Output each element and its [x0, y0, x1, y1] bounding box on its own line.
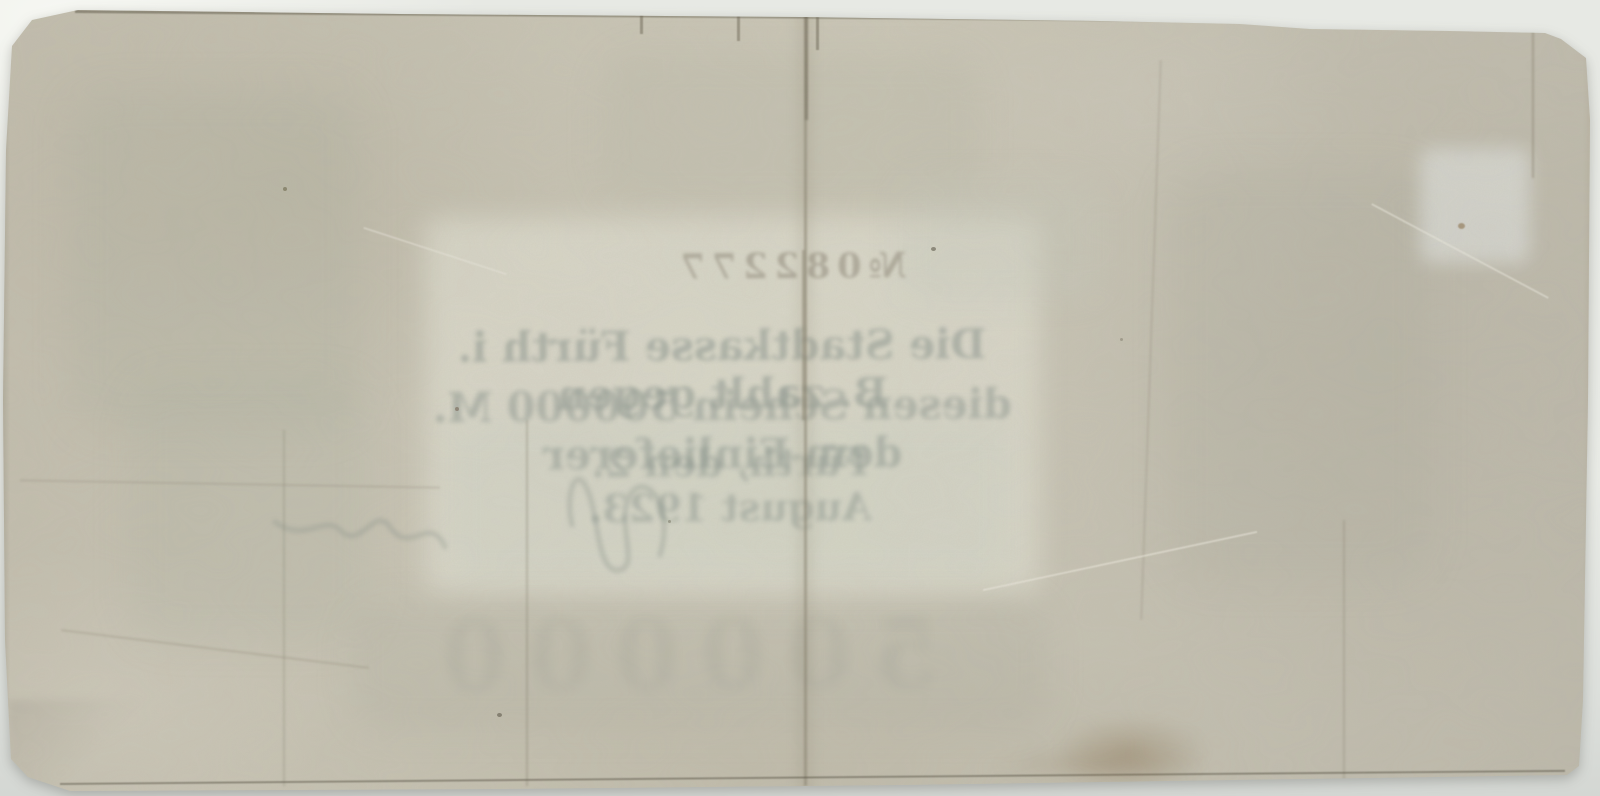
photo-backdrop: №082277 Die Stadtkasse Fürth i. B. zahlt…	[0, 0, 1600, 796]
banknote-shadow-wrapper: №082277 Die Stadtkasse Fürth i. B. zahlt…	[0, 0, 1600, 796]
banknote-paper: №082277 Die Stadtkasse Fürth i. B. zahlt…	[0, 0, 1600, 796]
paper-grain-overlay	[0, 0, 1600, 796]
